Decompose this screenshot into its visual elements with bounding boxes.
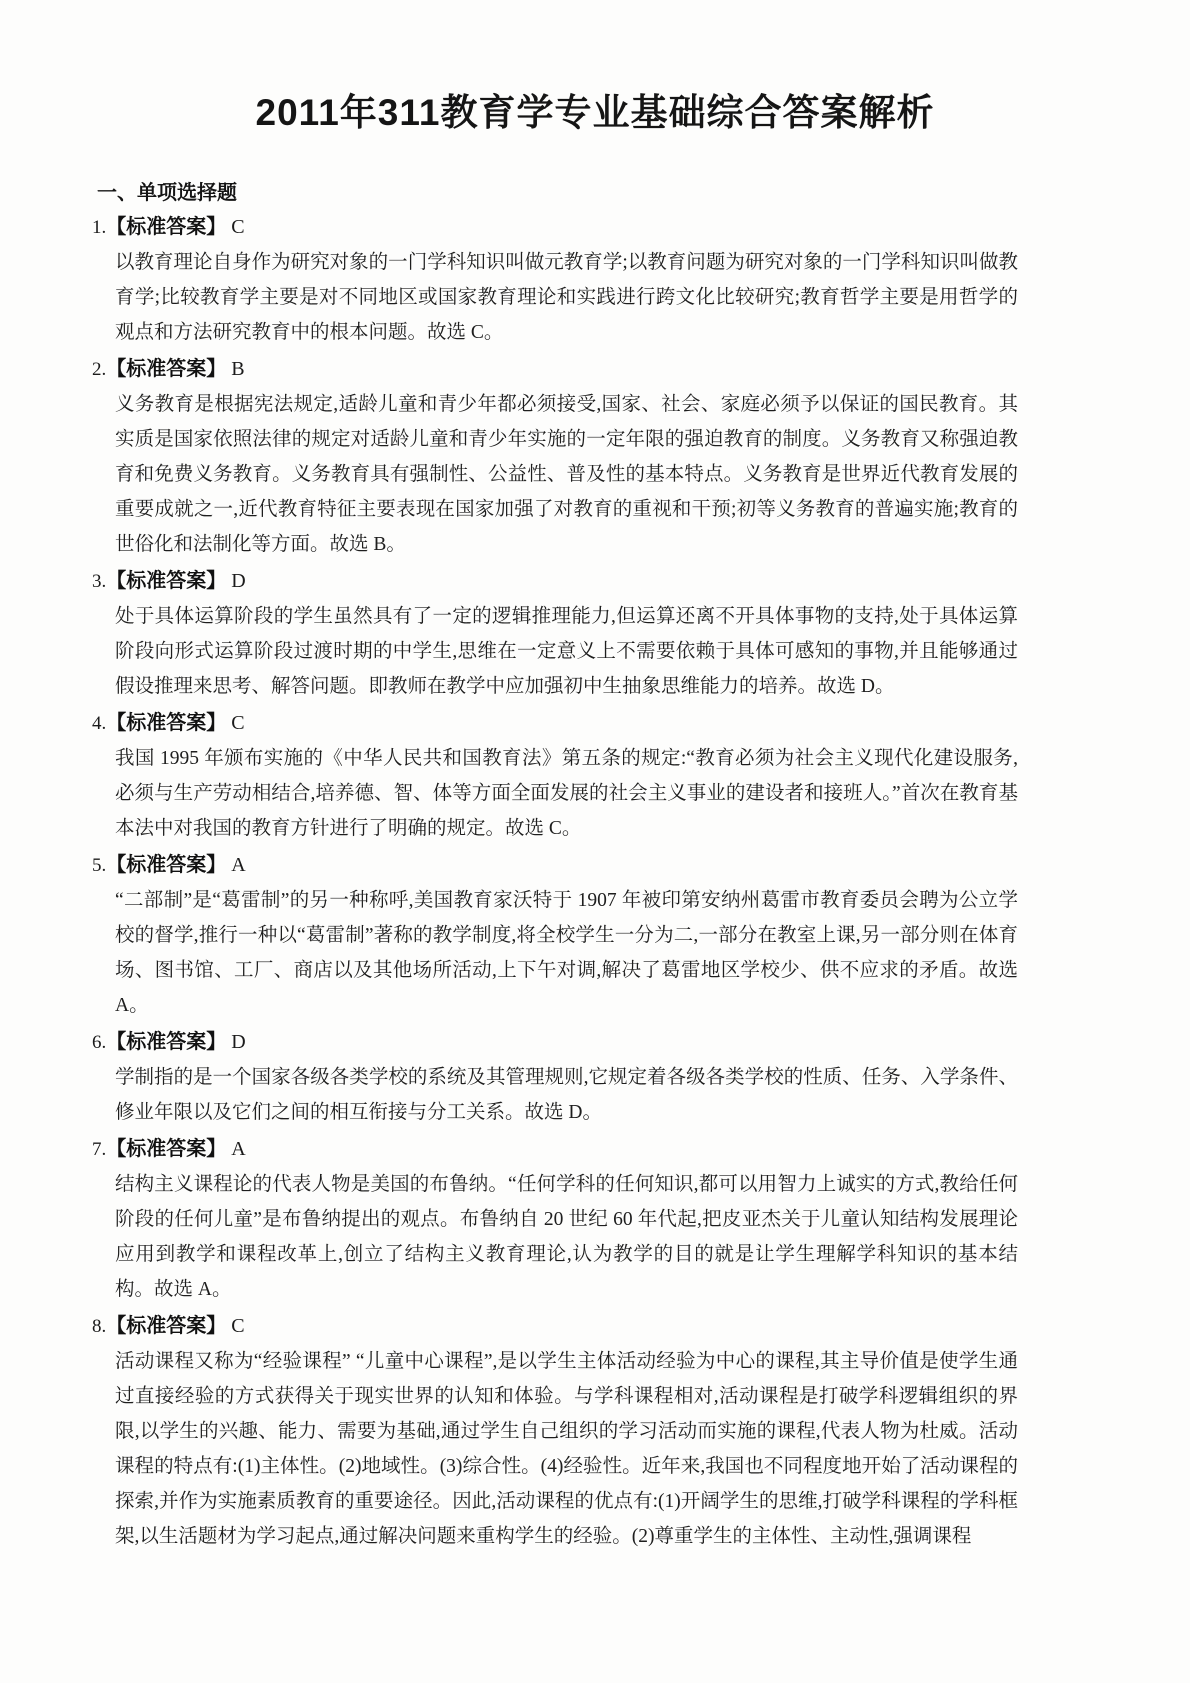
explanation-text: 活动课程又称为“经验课程” “儿童中心课程”,是以学生主体活动经验为中心的课程,… bbox=[115, 1344, 1018, 1554]
answer-item-2: 2.【标准答案】B 义务教育是根据宪法规定,适龄儿童和青少年都必须接受,国家、社… bbox=[0, 352, 1190, 562]
answer-item-head: 8.【标准答案】C bbox=[92, 1309, 1190, 1344]
answer-item-head: 3.【标准答案】D bbox=[92, 564, 1190, 599]
answer-label: 【标准答案】 bbox=[106, 1031, 226, 1053]
item-number: 1. bbox=[92, 217, 106, 238]
answer-item-3: 3.【标准答案】D 处于具体运算阶段的学生虽然具有了一定的逻辑推理能力,但运算还… bbox=[0, 564, 1190, 704]
answer-label: 【标准答案】 bbox=[106, 1138, 226, 1160]
answer-item-5: 5.【标准答案】A “二部制”是“葛雷制”的另一种称呼,美国教育家沃特于 190… bbox=[0, 848, 1190, 1023]
answer-list: 1.【标准答案】C 以教育理论自身作为研究对象的一门学科知识叫做元教育学;以教育… bbox=[0, 210, 1190, 1554]
document-page: 2011年311教育学专业基础综合答案解析 一、单项选择题 1.【标准答案】C … bbox=[0, 0, 1190, 1683]
answer-item-head: 1.【标准答案】C bbox=[92, 210, 1190, 245]
answer-item-8: 8.【标准答案】C 活动课程又称为“经验课程” “儿童中心课程”,是以学生主体活… bbox=[0, 1309, 1190, 1554]
item-number: 7. bbox=[92, 1139, 106, 1160]
explanation-text: 处于具体运算阶段的学生虽然具有了一定的逻辑推理能力,但运算还离不开具体事物的支持… bbox=[115, 599, 1018, 704]
answer-item-head: 7.【标准答案】A bbox=[92, 1132, 1190, 1167]
explanation-text: 义务教育是根据宪法规定,适龄儿童和青少年都必须接受,国家、社会、家庭必须予以保证… bbox=[115, 387, 1018, 562]
answer-letter: D bbox=[231, 1031, 245, 1053]
answer-item-1: 1.【标准答案】C 以教育理论自身作为研究对象的一门学科知识叫做元教育学;以教育… bbox=[0, 210, 1190, 350]
document-title: 2011年311教育学专业基础综合答案解析 bbox=[0, 88, 1190, 138]
section-heading: 一、单项选择题 bbox=[97, 180, 1190, 206]
answer-item-head: 2.【标准答案】B bbox=[92, 352, 1190, 387]
answer-letter: C bbox=[231, 216, 244, 238]
answer-item-head: 4.【标准答案】C bbox=[92, 706, 1190, 741]
item-number: 4. bbox=[92, 713, 106, 734]
answer-label: 【标准答案】 bbox=[106, 570, 226, 592]
item-number: 2. bbox=[92, 359, 106, 380]
answer-label: 【标准答案】 bbox=[106, 1315, 226, 1337]
item-number: 5. bbox=[92, 855, 106, 876]
item-number: 6. bbox=[92, 1032, 106, 1053]
answer-label: 【标准答案】 bbox=[106, 854, 226, 876]
explanation-text: “二部制”是“葛雷制”的另一种称呼,美国教育家沃特于 1907 年被印第安纳州葛… bbox=[115, 883, 1018, 1023]
explanation-text: 学制指的是一个国家各级各类学校的系统及其管理规则,它规定着各级各类学校的性质、任… bbox=[115, 1060, 1018, 1130]
answer-label: 【标准答案】 bbox=[106, 216, 226, 238]
answer-letter: C bbox=[231, 712, 244, 734]
explanation-text: 结构主义课程论的代表人物是美国的布鲁纳。“任何学科的任何知识,都可以用智力上诚实… bbox=[115, 1167, 1018, 1307]
answer-label: 【标准答案】 bbox=[106, 712, 226, 734]
answer-letter: D bbox=[231, 570, 245, 592]
answer-letter: A bbox=[231, 854, 245, 876]
explanation-text: 以教育理论自身作为研究对象的一门学科知识叫做元教育学;以教育问题为研究对象的一门… bbox=[115, 245, 1018, 350]
answer-letter: B bbox=[231, 358, 244, 380]
answer-item-head: 6.【标准答案】D bbox=[92, 1025, 1190, 1060]
answer-item-4: 4.【标准答案】C 我国 1995 年颁布实施的《中华人民共和国教育法》第五条的… bbox=[0, 706, 1190, 846]
answer-item-7: 7.【标准答案】A 结构主义课程论的代表人物是美国的布鲁纳。“任何学科的任何知识… bbox=[0, 1132, 1190, 1307]
answer-letter: C bbox=[231, 1315, 244, 1337]
answer-label: 【标准答案】 bbox=[106, 358, 226, 380]
item-number: 3. bbox=[92, 571, 106, 592]
answer-item-head: 5.【标准答案】A bbox=[92, 848, 1190, 883]
answer-item-6: 6.【标准答案】D 学制指的是一个国家各级各类学校的系统及其管理规则,它规定着各… bbox=[0, 1025, 1190, 1130]
item-number: 8. bbox=[92, 1316, 106, 1337]
answer-letter: A bbox=[231, 1138, 245, 1160]
explanation-text: 我国 1995 年颁布实施的《中华人民共和国教育法》第五条的规定:“教育必须为社… bbox=[115, 741, 1018, 846]
